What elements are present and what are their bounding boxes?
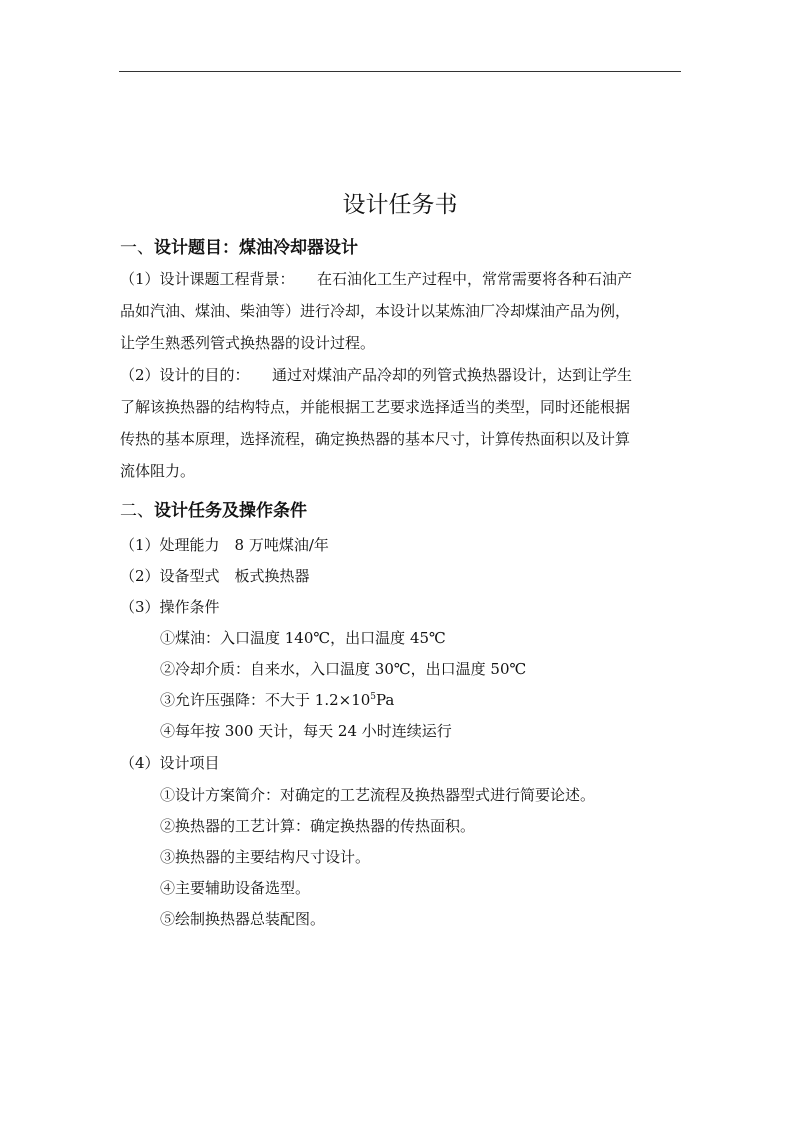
section-1-title: 设计题目：煤油冷却器设计 <box>154 238 358 258</box>
section-1-heading: 一、设计题目：煤油冷却器设计 <box>120 233 358 258</box>
task-item: （2）设备型式 板式换热器 <box>120 565 310 586</box>
page-title: 设计任务书 <box>0 186 800 219</box>
unit: Pa <box>376 691 394 709</box>
condition-item: ①煤油：入口温度 140℃，出口温度 45℃ <box>160 627 446 648</box>
header-rule <box>119 71 681 72</box>
paragraph-line: 传热的基本原理，选择流程，确定换热器的基本尺寸，计算传热面积以及计算 <box>120 428 630 449</box>
paragraph-line: 品如汽油、煤油、柴油等）进行冷却，本设计以某炼油厂冷却煤油产品为例， <box>120 300 630 321</box>
condition-item: ④每年按 300 天计，每天 24 小时连续运行 <box>160 720 452 741</box>
condition-text: ③允许压强降：不大于 1.2×10 <box>160 691 370 709</box>
paragraph-line: 了解该换热器的结构特点，并能根据工艺要求选择适当的类型，同时还能根据 <box>120 396 630 417</box>
task-item: （1）处理能力 8 万吨煤油/年 <box>120 534 329 555</box>
section-2-title: 设计任务及操作条件 <box>154 501 307 521</box>
section-1-prefix: 一、 <box>120 238 154 258</box>
project-item: ②换热器的工艺计算：确定换热器的传热面积。 <box>160 815 475 836</box>
section-2-prefix: 二、 <box>120 501 154 521</box>
project-item: ①设计方案简介：对确定的工艺流程及换热器型式进行简要论述。 <box>160 784 595 805</box>
section-2-heading: 二、设计任务及操作条件 <box>120 496 307 521</box>
paragraph-line: （2）设计的目的： 通过对煤油产品冷却的列管式换热器设计，达到让学生 <box>120 364 632 385</box>
condition-item: ②冷却介质：自来水，入口温度 30℃，出口温度 50℃ <box>160 658 526 679</box>
paragraph-line: 让学生熟悉列管式换热器的设计过程。 <box>120 332 375 353</box>
project-item: ④主要辅助设备选型。 <box>160 877 310 898</box>
condition-item: ③允许压强降：不大于 1.2×105Pa <box>160 689 394 710</box>
paragraph-line: （1）设计课题工程背景： 在石油化工生产过程中，常常需要将各种石油产 <box>120 268 632 289</box>
project-item: ⑤绘制换热器总装配图。 <box>160 908 325 929</box>
project-item: ③换热器的主要结构尺寸设计。 <box>160 846 370 867</box>
task-item: （3）操作条件 <box>120 596 220 617</box>
paragraph-line: 流体阻力。 <box>120 460 195 481</box>
task-item: （4）设计项目 <box>120 752 220 773</box>
